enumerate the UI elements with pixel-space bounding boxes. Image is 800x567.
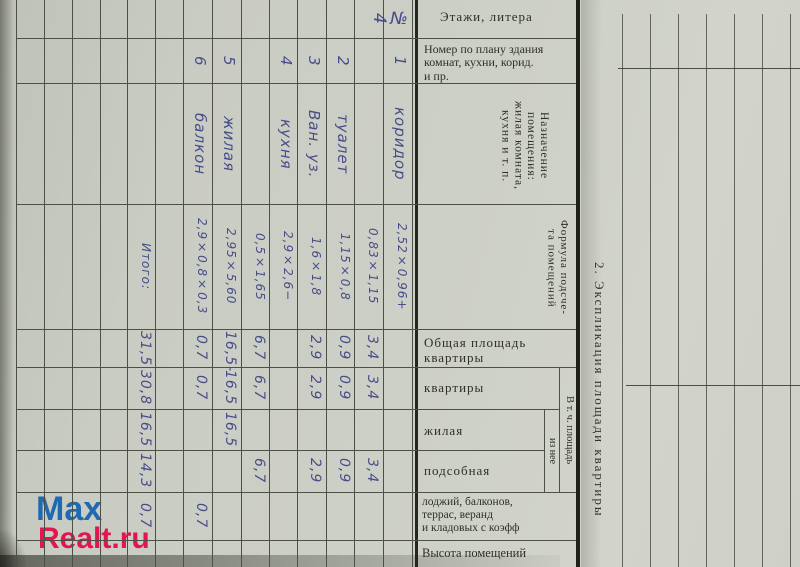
hw-cell-total-row4: 2,9 <box>299 331 323 365</box>
hw-cell-formula-row7: 2,95×5,60 <box>214 207 238 326</box>
grid-vline <box>412 0 413 567</box>
header-plan-number: Номер по плану здания комнат, кухни, кор… <box>424 43 576 83</box>
hw-cell-num-row1: 1 <box>385 40 409 82</box>
hw-cell-purpose-row1: коридор <box>385 87 409 201</box>
hw-cell-aux-row10: 14,3 <box>129 452 153 490</box>
grid-vline <box>212 0 213 567</box>
grid-vline <box>183 0 184 567</box>
grid-vline <box>762 14 763 567</box>
grid-vline <box>576 0 580 567</box>
grid-vline <box>650 14 651 567</box>
grid-vline <box>16 0 17 567</box>
grid-vline <box>241 0 242 567</box>
grid-vline <box>354 0 355 567</box>
grid-vline <box>706 14 707 567</box>
grid-hline <box>626 385 800 386</box>
header-floors: Этажи, литера <box>440 10 580 25</box>
hw-cell-apt-row6: 6,7 <box>243 369 267 407</box>
grid-hline <box>16 409 559 410</box>
header-living: жилая <box>424 424 534 439</box>
hw-cell-aux-row6: 6,7 <box>243 452 267 490</box>
hw-cell-purpose-row3: туалет <box>328 87 352 201</box>
hw-cell-apt-row2: 3,4 <box>356 369 380 407</box>
header-incl-area: В т. ч. площадь <box>561 370 575 490</box>
grid-vline <box>790 14 791 567</box>
hw-cell-num-row3: 2 <box>328 40 352 82</box>
grid-vline <box>72 0 73 567</box>
grid-vline <box>622 14 623 567</box>
hw-cell-total-row3: 0,9 <box>328 331 352 365</box>
hw-cell-aux-row2: 3,4 <box>356 452 380 490</box>
grid-hline <box>16 367 576 368</box>
hw-cell-apt-row10: 30,8 <box>129 369 153 407</box>
grid-hline <box>16 38 576 39</box>
grid-vline <box>155 0 156 567</box>
header-auxiliary: подсобная <box>424 464 534 479</box>
hw-cell-formula-row8: 2,9×0,8×0,3 <box>185 207 209 326</box>
section-title: 2. Экспликация площади квартиры <box>582 235 606 545</box>
scanned-tech-passport-page: Этажи, литера Номер по плану здания комн… <box>0 0 800 567</box>
hw-cell-total-row8: 0,7 <box>185 331 209 365</box>
hw-cell-purpose-row4: Ван. уз. <box>299 87 323 201</box>
hw-cell-balc-row10: 0,7 <box>129 494 153 538</box>
hw-cell-balc-row8: 0,7 <box>185 494 209 538</box>
hw-cell-num-row7: 5 <box>214 40 238 82</box>
hw-cell-num-row4: 3 <box>299 40 323 82</box>
header-total-area: Общая площадь квартиры <box>424 336 574 365</box>
header-purpose: Назначение помещения: жилая комната, кух… <box>468 90 550 202</box>
grid-hline <box>16 492 576 493</box>
hw-cell-purpose-row8: балкон <box>185 87 209 201</box>
header-apartment: квартиры <box>424 381 544 396</box>
page-corner-shadow <box>0 530 26 567</box>
hw-cell-apt-row3: 0,9 <box>328 369 352 407</box>
hw-cell-purpose-row7: жилая <box>214 87 238 201</box>
hw-cell-aux-row4: 2,9 <box>299 452 323 490</box>
hw-cell-formula-row3: 1,15×0,8 <box>328 207 352 326</box>
grid-hline <box>16 450 544 451</box>
grid-hline <box>16 540 576 541</box>
hw-cell-formula-row6: 0,5×1,65 <box>243 207 267 326</box>
hw-cell-formula-row4: 1,6×1,8 <box>299 207 323 326</box>
grid-vline <box>44 0 45 567</box>
grid-hline <box>16 204 576 205</box>
hw-cell-purpose-row5: кухня <box>271 87 295 201</box>
watermark-line1: Max <box>36 492 102 526</box>
page-left-edge <box>0 0 14 567</box>
hw-cell-total-row6: 6,7 <box>243 331 267 365</box>
grid-vline <box>415 0 418 567</box>
hw-cell-living-row10: 16,5 <box>129 411 153 448</box>
grid-vline <box>678 14 679 567</box>
hw-cell-num-row8: 6 <box>185 40 209 82</box>
grid-hline <box>16 83 576 84</box>
grid-vline <box>559 367 560 492</box>
grid-vline <box>326 0 327 567</box>
hw-cell-living-row7: 16,5 <box>214 411 238 448</box>
hw-cell-apt-row8: 0,7 <box>185 369 209 407</box>
hw-cell-litera-row1: № 4 <box>385 1 409 37</box>
hw-cell-total-row7: 16,5- <box>214 331 238 365</box>
hw-cell-total-row2: 3,4 <box>356 331 380 365</box>
hw-cell-formula-row5: 2,9×2,6− <box>271 207 295 326</box>
header-formula: Формула подсче- та помещений <box>536 210 570 326</box>
grid-vline <box>383 0 384 567</box>
grid-vline <box>127 0 128 567</box>
grid-vline <box>100 0 101 567</box>
hw-cell-formula-row10: Итого: <box>129 207 153 326</box>
hw-cell-total-row10: 31,5 <box>129 331 153 365</box>
grid-vline <box>544 409 545 492</box>
hw-cell-aux-row3: 0,9 <box>328 452 352 490</box>
grid-vline <box>297 0 298 567</box>
header-balconies: лоджий, балконов, террас, веранд и кладо… <box>422 496 576 535</box>
hw-cell-formula-row2: 0,83×1,15 <box>356 207 380 326</box>
grid-hline <box>16 329 576 330</box>
header-of-it: из нее <box>545 412 558 490</box>
grid-vline <box>734 14 735 567</box>
grid-vline <box>269 0 270 567</box>
hw-cell-formula-row1: 2,52×0,96+ <box>385 207 409 326</box>
hw-cell-apt-row4: 2,9 <box>299 369 323 407</box>
grid-hline <box>618 68 800 69</box>
hw-cell-num-row5: 4 <box>271 40 295 82</box>
header-height: Высота помещений <box>422 546 572 560</box>
hw-cell-apt-row7: 16,5 <box>214 369 238 407</box>
